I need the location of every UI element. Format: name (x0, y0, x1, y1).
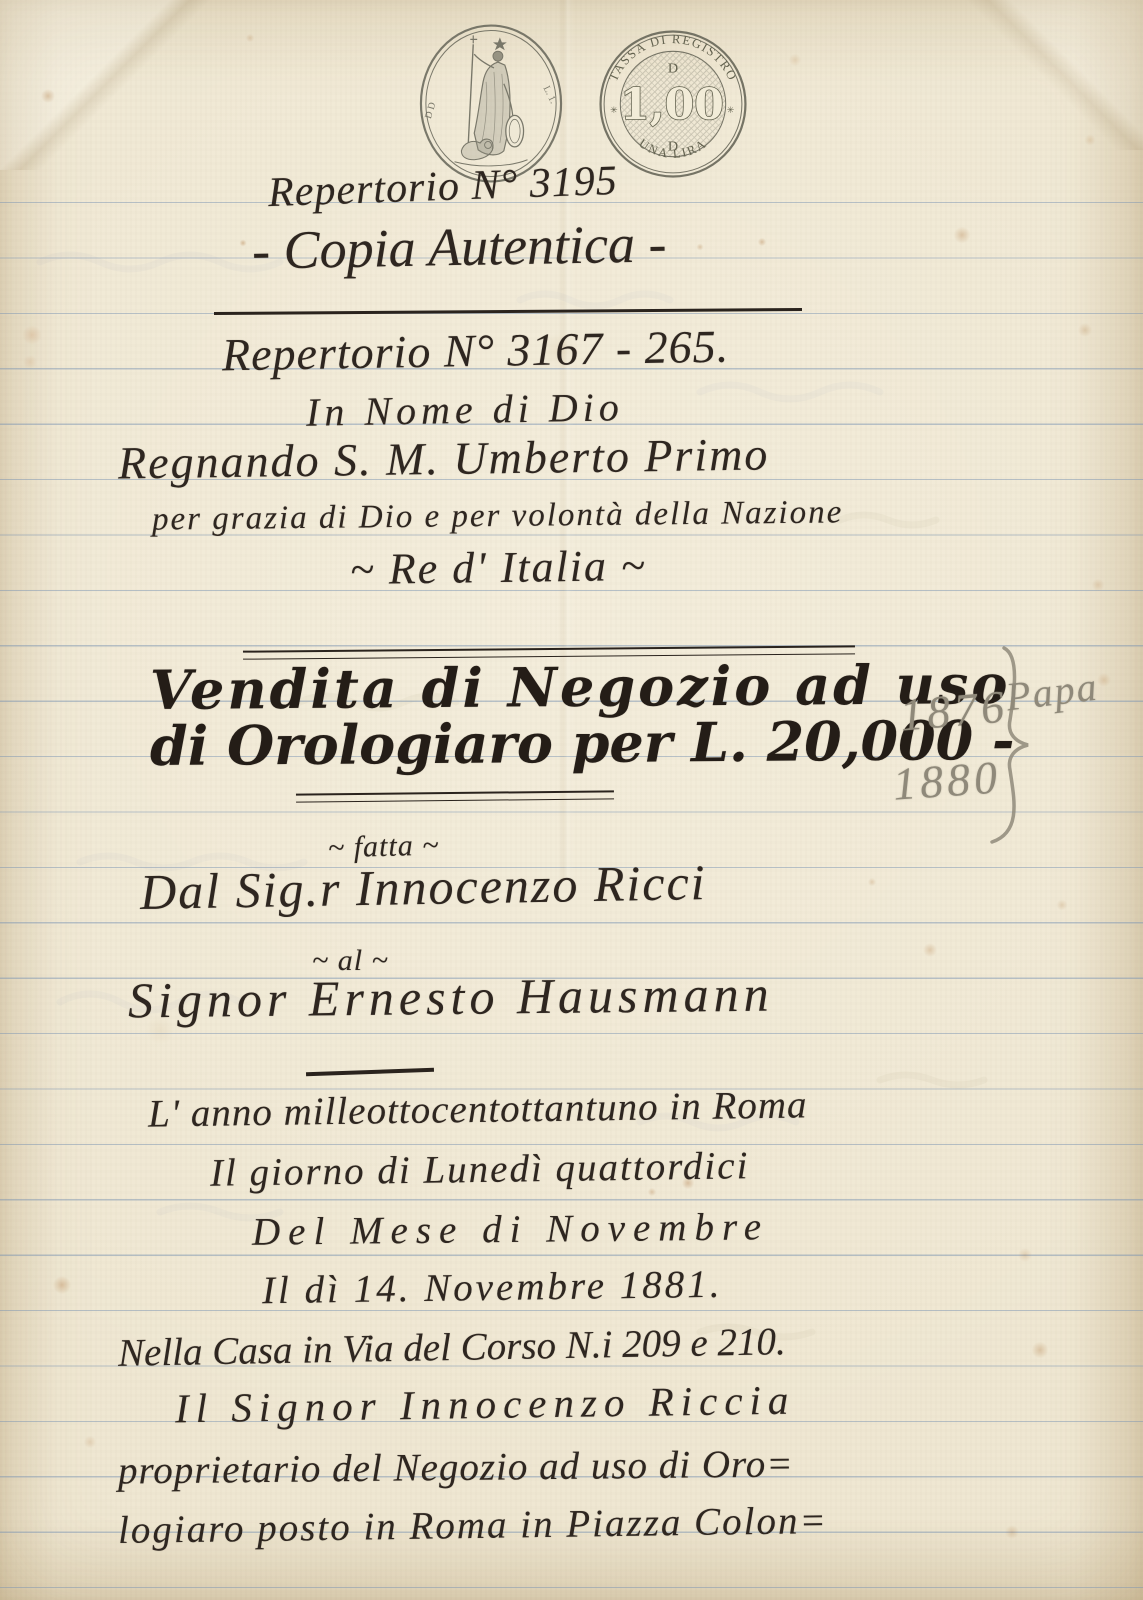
regnando-line: Regnando S. M. Umberto Primo (118, 431, 770, 486)
copia-autentica-title: - Copia Autentica - (252, 216, 667, 277)
body-line: proprietario del Negozio ad uso di Oro= (118, 1444, 794, 1490)
rosette-right-icon: ✳ (727, 105, 735, 115)
rosette-left-icon: ✳ (610, 105, 618, 115)
body-line: Del Mese di Novembre (252, 1207, 769, 1251)
star-icon (493, 37, 507, 50)
re-ditalia-line: ~ Re d' Italia ~ (350, 544, 647, 592)
deed-title-line-2: di Orologiaro per L. 20,000 - (150, 713, 1015, 773)
tax-stamp-round: TASSA DI REGISTRO UNA LIRA ✳ ✳ D D 1,00 (596, 28, 750, 180)
pencil-word: Papa (1004, 667, 1101, 718)
body-line: Il dì 14. Novembre 1881. (262, 1265, 723, 1310)
grazia-line: per grazia di Dio e per volontà della Na… (152, 496, 844, 536)
body-line: L' anno milleottocentottantuno in Roma (148, 1085, 808, 1133)
tax-stamp-letter-bottom: D (668, 139, 678, 155)
body-line: logiaro posto in Roma in Piazza Colon= (118, 1501, 828, 1550)
repertorio-act-number: Repertorio N° 3167 - 265. (222, 324, 730, 379)
body-line: Il Signor Innocenzo Riccia (175, 1380, 796, 1430)
shield-icon (506, 115, 524, 147)
buyer-name-line: Signor Ernesto Hausmann (128, 969, 774, 1026)
tax-stamp-letter-top: D (668, 61, 678, 77)
lion-icon (461, 139, 493, 160)
body-line: Il giorno di Lunedì quattordici (210, 1146, 750, 1193)
invocation-line: In Nome di Dio (306, 387, 624, 433)
notarial-deed-scan: D D L. 1. TASSA DI REGISTRO UNA LIRA (0, 0, 1143, 1600)
seller-name-line: Dal Sig.r Innocenzo Ricci (140, 857, 707, 917)
tax-stamp-value: 1,00 (620, 80, 724, 130)
